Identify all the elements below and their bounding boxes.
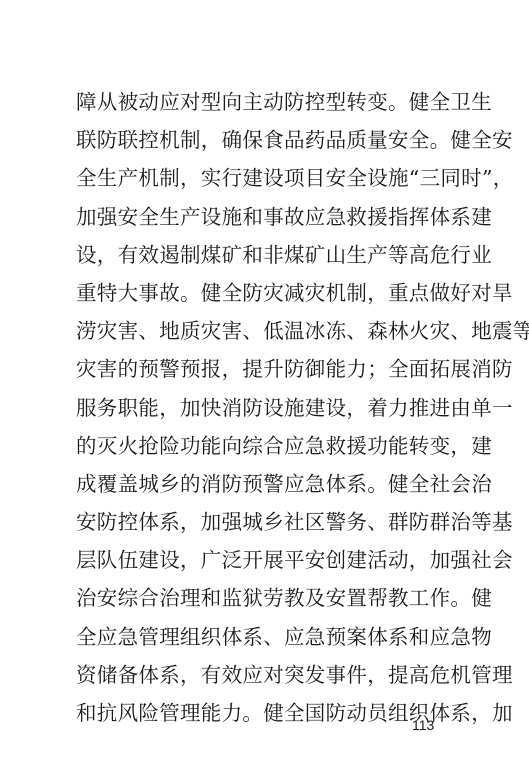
- text-line: 层队伍建设，广泛开展平安创建活动，加强社会: [76, 541, 468, 579]
- text-line: 灾害的预警预报，提升防御能力；全面拓展消防: [76, 350, 468, 388]
- text-line: 资储备体系，有效应对突发事件，提高危机管理: [76, 656, 468, 694]
- text-line: 涝灾害、地质灾害、低温冰冻、森林火灾、地震等: [76, 312, 468, 350]
- page-number: 113: [412, 717, 434, 733]
- text-line: 设，有效遏制煤矿和非煤矿山生产等高危行业: [76, 236, 468, 274]
- text-line: 的灭火抢险功能向综合应急救援功能转变，建: [76, 427, 468, 465]
- text-line: 成覆盖城乡的消防预警应急体系。健全社会治: [76, 465, 468, 503]
- body-text: 障从被动应对型向主动防控型转变。健全卫生 联防联控机制，确保食品药品质量安全。健…: [76, 83, 468, 732]
- text-line: 重特大事故。健全防灾减灾机制，重点做好对旱: [76, 274, 468, 312]
- text-line: 联防联控机制，确保食品药品质量安全。健全安: [76, 121, 468, 159]
- text-line: 治安综合治理和监狱劳教及安置帮教工作。健: [76, 579, 468, 617]
- text-line: 加强安全生产设施和事故应急救援指挥体系建: [76, 198, 468, 236]
- text-line: 全生产机制，实行建设项目安全设施“三同时”，: [76, 159, 468, 197]
- text-line: 全应急管理组织体系、应急预案体系和应急物: [76, 618, 468, 656]
- text-line: 安防控体系，加强城乡社区警务、群防群治等基: [76, 503, 468, 541]
- text-line: 和抗风险管理能力。健全国防动员组织体系，加: [76, 694, 468, 732]
- book-page: 障从被动应对型向主动防控型转变。健全卫生 联防联控机制，确保食品药品质量安全。健…: [0, 0, 529, 774]
- text-line: 服务职能，加快消防设施建设，着力推进由单一: [76, 389, 468, 427]
- text-line: 障从被动应对型向主动防控型转变。健全卫生: [76, 83, 468, 121]
